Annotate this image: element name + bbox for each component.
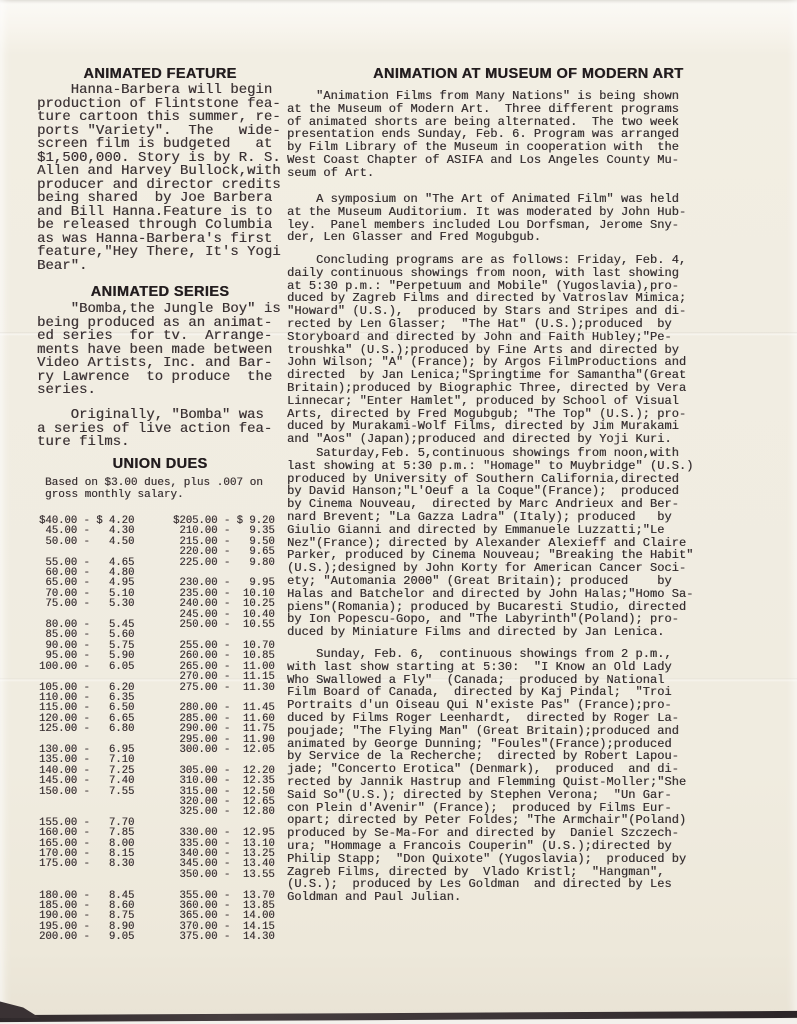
union-dues-note: Based on $3.00 dues, plus .007 on gross …: [45, 477, 263, 501]
moma-paragraph-3-friday-program: Concluding programs are as follows: Frid…: [287, 254, 686, 446]
union-dues-column-2: $205.00 - $ 9.20 210.00 - 9.35 215.00 - …: [173, 516, 275, 943]
animated-feature-heading: ANIMATED FEATURE: [37, 66, 283, 82]
animated-series-para-1: "Bomba,the Jungle Boy" is being produced…: [37, 303, 281, 398]
moma-paragraph-2-symposium: A symposium on "The Art of Animated Film…: [287, 193, 686, 244]
moma-paragraph-5-sunday-program: Sunday, Feb. 6, continuous showings from…: [287, 648, 686, 904]
animated-series-para-2: Originally, "Bomba" was a series of live…: [37, 409, 272, 450]
animated-series-heading: ANIMATED SERIES: [37, 284, 283, 300]
moma-paragraph-4-saturday-program: Saturday,Feb. 5,continuous showings from…: [287, 447, 693, 639]
union-dues-table: $40.00 - $ 4.20 45.00 - 4.30 50.00 - 4.5…: [39, 516, 289, 946]
union-dues-column-1: $40.00 - $ 4.20 45.00 - 4.30 50.00 - 4.5…: [39, 516, 134, 943]
animated-feature-body: Hanna-Barbera will begin production of F…: [37, 84, 281, 273]
moma-paragraph-1: "Animation Films from Many Nations" is b…: [287, 90, 679, 180]
newsletter-page: { "left": { "animated_feature": { "headi…: [0, 0, 797, 1024]
union-dues-heading: UNION DUES: [37, 456, 283, 472]
moma-article-heading: ANIMATION AT MUSEUM OF MODERN ART: [373, 66, 683, 82]
